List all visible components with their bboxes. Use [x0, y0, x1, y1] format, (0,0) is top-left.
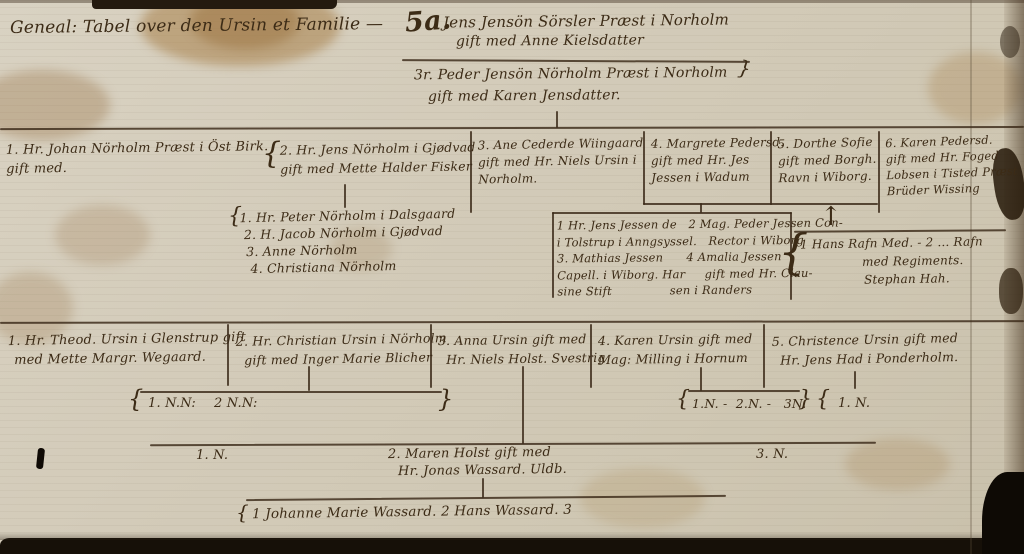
connector-line — [308, 366, 310, 391]
nn-left-top-line — [140, 391, 442, 393]
nn-right-top-line — [688, 390, 800, 392]
child-line: 1 Hans Rafn Med. - 2 ... Rafn — [800, 234, 983, 251]
cell-line: gift med. — [6, 156, 269, 179]
gen4-open-brace: { — [236, 500, 249, 524]
cell-line: 4. Karen Ursin gift med — [598, 329, 753, 350]
gen2-cell-3: 3. Anna Ursin gift med Hr. Niels Holst. … — [438, 329, 606, 369]
document-title: Geneal: Tabel over den Ursin et Familie … — [10, 14, 383, 38]
gen3-head-name: 3r. Peder Jensön Nörholm Præst i Norholm — [414, 65, 728, 84]
gen1-cell2-children: 1. Hr. Peter Nörholm i Dalsgaard 2. H. J… — [239, 205, 456, 278]
cell-line: Jessen i Wadum — [651, 168, 785, 187]
gen2-separator — [227, 324, 229, 386]
connector-line-anna-to-maren — [522, 366, 524, 444]
nn-left-open-brace: { — [128, 385, 143, 413]
gen2-separator — [590, 324, 592, 388]
paper-stain — [55, 205, 150, 265]
gen5-head-name: Jens Jensön Sörsler Præst i Norholm — [443, 11, 729, 32]
gen1-cell-2: 2. Hr. Jens Nörholm i Gjødvad gift med M… — [280, 137, 476, 178]
bottom-edge-shadow — [0, 532, 1024, 540]
child-line: Stephan Hah. — [864, 271, 950, 286]
connector-line — [556, 111, 558, 128]
gen1-separator — [878, 131, 880, 213]
nn-left-item: 2 N.N: — [214, 396, 258, 411]
connector-line — [344, 184, 346, 208]
gen2-cell-1: 1. Hr. Theod. Ursin i Glenstrup gift med… — [8, 328, 247, 370]
connector-line — [854, 371, 856, 389]
gen1-cell-6: 6. Karen Pedersd. gift med Hr. Foged Lob… — [885, 131, 1019, 200]
gen2-row-top-line — [0, 320, 1024, 324]
jessen-block-top-line — [552, 212, 792, 214]
right-edge-blotch — [999, 268, 1023, 314]
bottom-right-corner-tear — [982, 472, 1024, 554]
cell-line: gift med Mette Halder Fisker — [280, 156, 476, 178]
cell-line: gift med Inger Marie Blicher — [236, 347, 447, 370]
gen2-separator — [430, 324, 432, 388]
gen3-left-label: 1. N. — [196, 448, 228, 463]
gen2-cell-4: 4. Karen Ursin gift med Mag: Milling i H… — [598, 329, 753, 369]
gen1-cell-1: 1. Hr. Johan Nörholm Præst i Öst Birk. g… — [6, 137, 269, 179]
gen1-separator — [770, 131, 772, 205]
cell-line: gift med Hr. Jes — [651, 151, 785, 170]
gen1-row-top-line — [0, 126, 1024, 130]
cell-line: Hr. Jens Had i Ponderholm. — [772, 347, 959, 370]
connector-line — [700, 367, 702, 391]
gen2-cell-5: 5. Christence Ursin gift med Hr. Jens Ha… — [772, 328, 959, 370]
child-line: 4. Christiana Nörholm — [240, 256, 456, 278]
gen3-head-spouse: gift med Karen Jensdatter. — [428, 87, 621, 105]
gen1-cell-5: 5. Dorthe Sofie gift med Borgh. Ravn i W… — [777, 134, 877, 188]
gen2-separator — [763, 324, 765, 388]
cell-line: gift med Hr. Niels Ursin i — [478, 152, 644, 172]
gen1-cells45-bottom-line — [643, 203, 878, 205]
right-edge-blotch — [1000, 26, 1020, 58]
nn-right-close-brace: } — [798, 387, 812, 412]
cell-line: 1. Hr. Johan Nörholm Præst i Öst Birk. — [6, 137, 269, 160]
gen1-cell-3: 3. Ane Cederde Wiingaard gift med Hr. Ni… — [478, 135, 645, 189]
gen4-children: 1 Johanne Marie Wassard. 2 Hans Wassard.… — [252, 502, 572, 522]
rafn-block-top-line — [794, 229, 1006, 232]
paper-stain — [845, 438, 950, 490]
jessen-block-left-line — [552, 212, 554, 298]
connector-line — [482, 478, 484, 498]
gen1-cell2-open-brace: { — [262, 136, 281, 171]
gen1-cell-4: 4. Margrete Pedersd. gift med Hr. Jes Je… — [651, 134, 785, 187]
nn-single-brace: { — [816, 387, 830, 412]
nn-right-items: 1.N. - 2.N. - 3N. — [692, 396, 806, 411]
cell-line: Norholm. — [478, 169, 644, 189]
child-line: sine Stift sen i Randers — [557, 280, 843, 299]
gen5-head-spouse: gift med Anne Kielsdatter — [456, 32, 644, 49]
gen2-cell-2: 2. Hr. Christian Ursin i Nörholm gift me… — [236, 328, 448, 370]
cell-line: Mag: Milling i Hornum — [598, 348, 753, 369]
bottom-edge-bar — [0, 538, 1024, 554]
cell-line: 3. Anna Ursin gift med — [438, 329, 606, 350]
gen3-box-right-curl: } — [736, 55, 752, 81]
child-line: med Regiments. — [862, 253, 964, 269]
left-margin-ink-mark — [36, 448, 45, 470]
cell-line: med Mette Margr. Wegaard. — [8, 347, 246, 370]
right-edge-crease — [970, 0, 972, 554]
gen3-center-line: 2. Maren Holst gift med — [388, 445, 551, 462]
gen3-box-top-line — [402, 59, 750, 63]
nn-left-close-brace: } — [438, 385, 453, 413]
manuscript-page: Geneal: Tabel over den Ursin et Familie … — [0, 0, 1024, 554]
gen1-separator — [643, 131, 645, 205]
gen3-right-label: 3. N. — [756, 447, 788, 462]
cell-line: Ravn i Wiborg. — [778, 168, 877, 188]
nn-single-item: 1. N. — [838, 396, 870, 411]
nn-left-item: 1. N.N: — [148, 396, 196, 411]
gen3-center-line: Hr. Jonas Wassard. Uldb. — [398, 462, 567, 479]
gen1-separator — [470, 131, 472, 213]
rafn-block-arrow: ↑ — [820, 202, 842, 232]
cell-line: 4. Margrete Pedersd. — [651, 134, 785, 153]
top-edge-smudge — [92, 0, 337, 9]
